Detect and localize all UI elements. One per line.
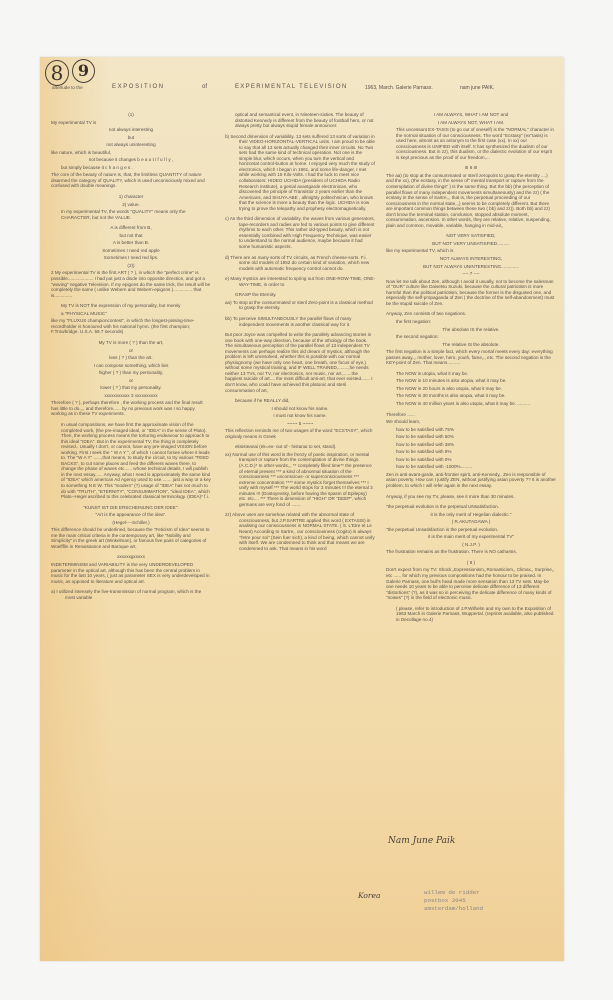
paragraph: not because it changes b e a u t i f u l… xyxy=(51,157,211,163)
paragraph: how to be satisfied with 9% xyxy=(386,449,556,455)
paragraph: how to be satisfied with 0% xyxy=(386,457,556,463)
paragraph: e) Many mystics are interested to spring… xyxy=(225,276,375,287)
paragraph: the second negation: xyxy=(386,334,556,340)
paragraph: This difference should be underlined, be… xyxy=(51,527,211,549)
paragraph: ---- 7 ---- xyxy=(386,271,556,277)
header-prefix: afterlude to the xyxy=(52,85,83,90)
stamp-line: willem de ridder xyxy=(424,889,483,897)
paragraph: d) There are as many sorts of TV circuit… xyxy=(225,255,375,272)
paragraph: xxxxxxxxxxx 3 xxxxxxxxxx xyxy=(51,393,211,399)
paragraph: I AM ALWAYS NOT, WHAT I AM. xyxy=(386,120,556,126)
paragraph: xxxxxxgxxxxx xyxy=(51,554,211,560)
paragraph: BUT NOT ALWAYS UNINTERESTING............… xyxy=(386,264,556,270)
paragraph: ( please, refer to introduction of J.P.W… xyxy=(386,606,556,623)
paragraph: how to be satisfied with 50% xyxy=(386,434,556,440)
paragraph: Don't expect from my TV: Shock,,Expressi… xyxy=(386,567,556,600)
paragraph: because if he REALLY did, xyxy=(225,398,375,404)
paragraph: I should not know his name. xyxy=(225,406,375,412)
paragraph: Now let me talk about Zen, although I av… xyxy=(386,279,556,307)
paragraph: but simply because it c h a n g e s . xyxy=(51,165,211,171)
paragraph: (1) xyxy=(51,112,211,118)
paragraph: The frustration remains as the frustrati… xyxy=(386,549,556,555)
paragraph: Zen is anti-avant-garde, anti-frontier s… xyxy=(386,472,556,489)
paragraph: or xyxy=(51,378,211,384)
paragraph: ~~~~ 5 ~~~~ xyxy=(225,421,375,427)
paragraph: or xyxy=(51,348,211,354)
text-column-3: I AM ALWAYS, WHAT I AM NOT andI AM ALWAY… xyxy=(386,112,556,627)
paragraph: like nature, which is beautiful, xyxy=(51,150,211,156)
handwritten-circled-number-9: 9 xyxy=(72,59,95,83)
paragraph: Sometimes I need red apple xyxy=(51,248,211,254)
paragraph: My experimental TV is xyxy=(51,120,211,126)
paragraph: The absolute IS the relative. xyxy=(386,327,556,333)
paragraph: but xyxy=(51,135,211,141)
paragraph: Sometimes I need red lips. xyxy=(51,255,211,261)
paragraph: I must not know his name. xyxy=(225,413,375,419)
paragraph: BUT NOT VERY UNSATISFIED.......... xyxy=(386,241,556,247)
paragraph: ( 8 ) xyxy=(386,560,556,566)
paragraph: not always interesting xyxy=(51,127,211,133)
handwritten-signature: Nam June Paik xyxy=(388,836,455,846)
paragraph: zz) Above uses are somehow related with … xyxy=(225,512,375,551)
paragraph: A is different from B, xyxy=(51,225,211,231)
paragraph: But poor Joyce was compelled to write th… xyxy=(225,332,375,393)
paragraph: Anyway, Zen consists of two negations. xyxy=(386,311,556,317)
paragraph: like my experimental TV, which is xyxy=(386,248,556,254)
paragraph: "Art is the appearance of the idea". xyxy=(51,512,211,518)
paragraph: less ( ? ) than the art. xyxy=(51,355,211,361)
paragraph: This uncessant EX-TASIS (to go out of on… xyxy=(386,127,556,160)
paragraph: I can compose something, which lies xyxy=(51,363,211,369)
paragraph: a "PHYSICAL MUSIC" xyxy=(51,311,211,317)
paragraph: 2 My experimental TV is the first ART ( … xyxy=(51,270,211,298)
paragraph: INDETERMINISM and VARIABILITY is the ver… xyxy=(51,562,211,584)
paragraph: bb) To perceive SIMULTANEOUSLY the paral… xyxy=(225,316,375,327)
paragraph: A is better than B. xyxy=(51,240,211,246)
paragraph: NOT VERY SATISFIED, xyxy=(386,233,556,239)
paragraph: how to be satisfied with -1000%......... xyxy=(386,464,556,470)
text-column-2: optical and semantical event, in Ninetee… xyxy=(225,112,375,556)
paragraph: not always uninteresting xyxy=(51,142,211,148)
paragraph: The core of the beauty of nature is, tha… xyxy=(51,172,211,189)
header-title: EXPERIMENTAL TELEVISION xyxy=(235,84,347,90)
paragraph: The aa) (to stop at the consummated or s… xyxy=(386,173,556,228)
paragraph: the first negation: xyxy=(386,319,556,325)
paragraph: 1) character xyxy=(51,194,211,200)
paragraph: xx) Normal use of this word is the frenz… xyxy=(225,452,375,507)
paragraph: The NOW in 20 hours is also utopia, what… xyxy=(386,386,556,392)
paragraph: The first negation is a simple fact, whi… xyxy=(386,349,556,366)
header-of: of xyxy=(202,84,207,90)
paragraph: aa) To stop at the consummated or steril… xyxy=(225,300,375,311)
paragraph: eksisteanai (ek=ex- out of - histanai to… xyxy=(225,444,375,450)
header-author: nam june PAIK. xyxy=(460,85,494,91)
paragraph: ( R.AKUTAGAWA ) xyxy=(386,519,556,525)
paragraph: it is the main merit of my experimental … xyxy=(386,534,556,540)
handwritten-circled-number-8: 8 xyxy=(45,60,69,86)
paragraph: "KUNST IST DIE ERSCHEINUNG DER IDEE". xyxy=(51,505,211,511)
text-column-1: (1)My experimental TV isnot always inter… xyxy=(51,112,211,605)
document-page: 8 9 afterlude to the EXPOSITION of EXPER… xyxy=(40,57,564,961)
stamp-line: amsterdam/holland xyxy=(424,905,483,913)
paragraph: The NOW in 10 minutes is also utopia, wh… xyxy=(386,378,556,384)
paragraph: In my experimental TV, the words "QUALIT… xyxy=(51,209,211,220)
stamp-line: postbox 2045 xyxy=(424,897,483,905)
paragraph: I AM ALWAYS, WHAT I AM NOT and xyxy=(386,112,556,118)
paragraph: ( N.J.P. ) xyxy=(386,542,556,548)
paragraph: "the perpetual evolution is the perpetua… xyxy=(386,504,556,510)
paragraph: it is the only merit of Hegelian dialect… xyxy=(386,512,556,518)
paragraph: (Hegel----Schiller.) xyxy=(51,520,211,526)
paragraph: GRASP the Eternity. xyxy=(225,292,375,298)
paragraph: NOT ALWAYS INTERESTING, xyxy=(386,256,556,262)
address-stamp: willem de ridderpostbox 2045amsterdam/ho… xyxy=(424,889,483,913)
paragraph: (2)) xyxy=(51,263,211,269)
paragraph: The relative IS the absolute. xyxy=(386,342,556,348)
handwritten-note: Korea xyxy=(358,891,380,900)
paragraph: how to be satisfied with 38% xyxy=(386,442,556,448)
paragraph: how to be satisfied with 75% xyxy=(386,427,556,433)
paragraph: The NOW is utopia, what it may be. xyxy=(386,371,556,377)
paragraph: We should learn, xyxy=(386,419,556,425)
header-exposition: EXPOSITION xyxy=(112,84,165,90)
paragraph: higher ( ? ) than my personality, xyxy=(51,370,211,376)
paragraph: The NOW in 30 months is also utopia, wha… xyxy=(386,393,556,399)
paragraph: In usual compositions, we have first the… xyxy=(51,422,211,500)
paragraph: My TV is NOT the expression of my person… xyxy=(51,303,211,309)
paragraph: This reflection reminds me of two usages… xyxy=(225,428,375,439)
header-date-place: 1963, March. Galerie Parnass. xyxy=(365,85,433,91)
paragraph: 2) value. xyxy=(51,202,211,208)
paragraph: like my "FLUXUS championcontest", in whi… xyxy=(51,318,211,335)
paragraph: My TV is more ( ? ) than the art, xyxy=(51,340,211,346)
paragraph: but not that xyxy=(51,233,211,239)
paragraph: Therefore ...... xyxy=(386,412,556,418)
paragraph: "the perpetual Unsatisfaction is the per… xyxy=(386,527,556,533)
paragraph: The NOW in 40 million years is also utop… xyxy=(386,401,556,407)
paragraph: III 6 III xyxy=(386,165,556,171)
paragraph: a) I utilized intensely the live-transmi… xyxy=(51,589,211,600)
paragraph: lower ( ? ) that my personality. xyxy=(51,385,211,391)
paragraph: optical and semantical event, in Ninetee… xyxy=(225,112,375,129)
paragraph: Therefore ( ? ), perhaps therefore , the… xyxy=(51,400,211,417)
paragraph: c) As the third dimension of variability… xyxy=(225,216,375,249)
paragraph: Anyway, if you see my TV, please, see it… xyxy=(386,494,556,500)
paragraph: b) Second dimension of variability. 13 s… xyxy=(225,134,375,212)
